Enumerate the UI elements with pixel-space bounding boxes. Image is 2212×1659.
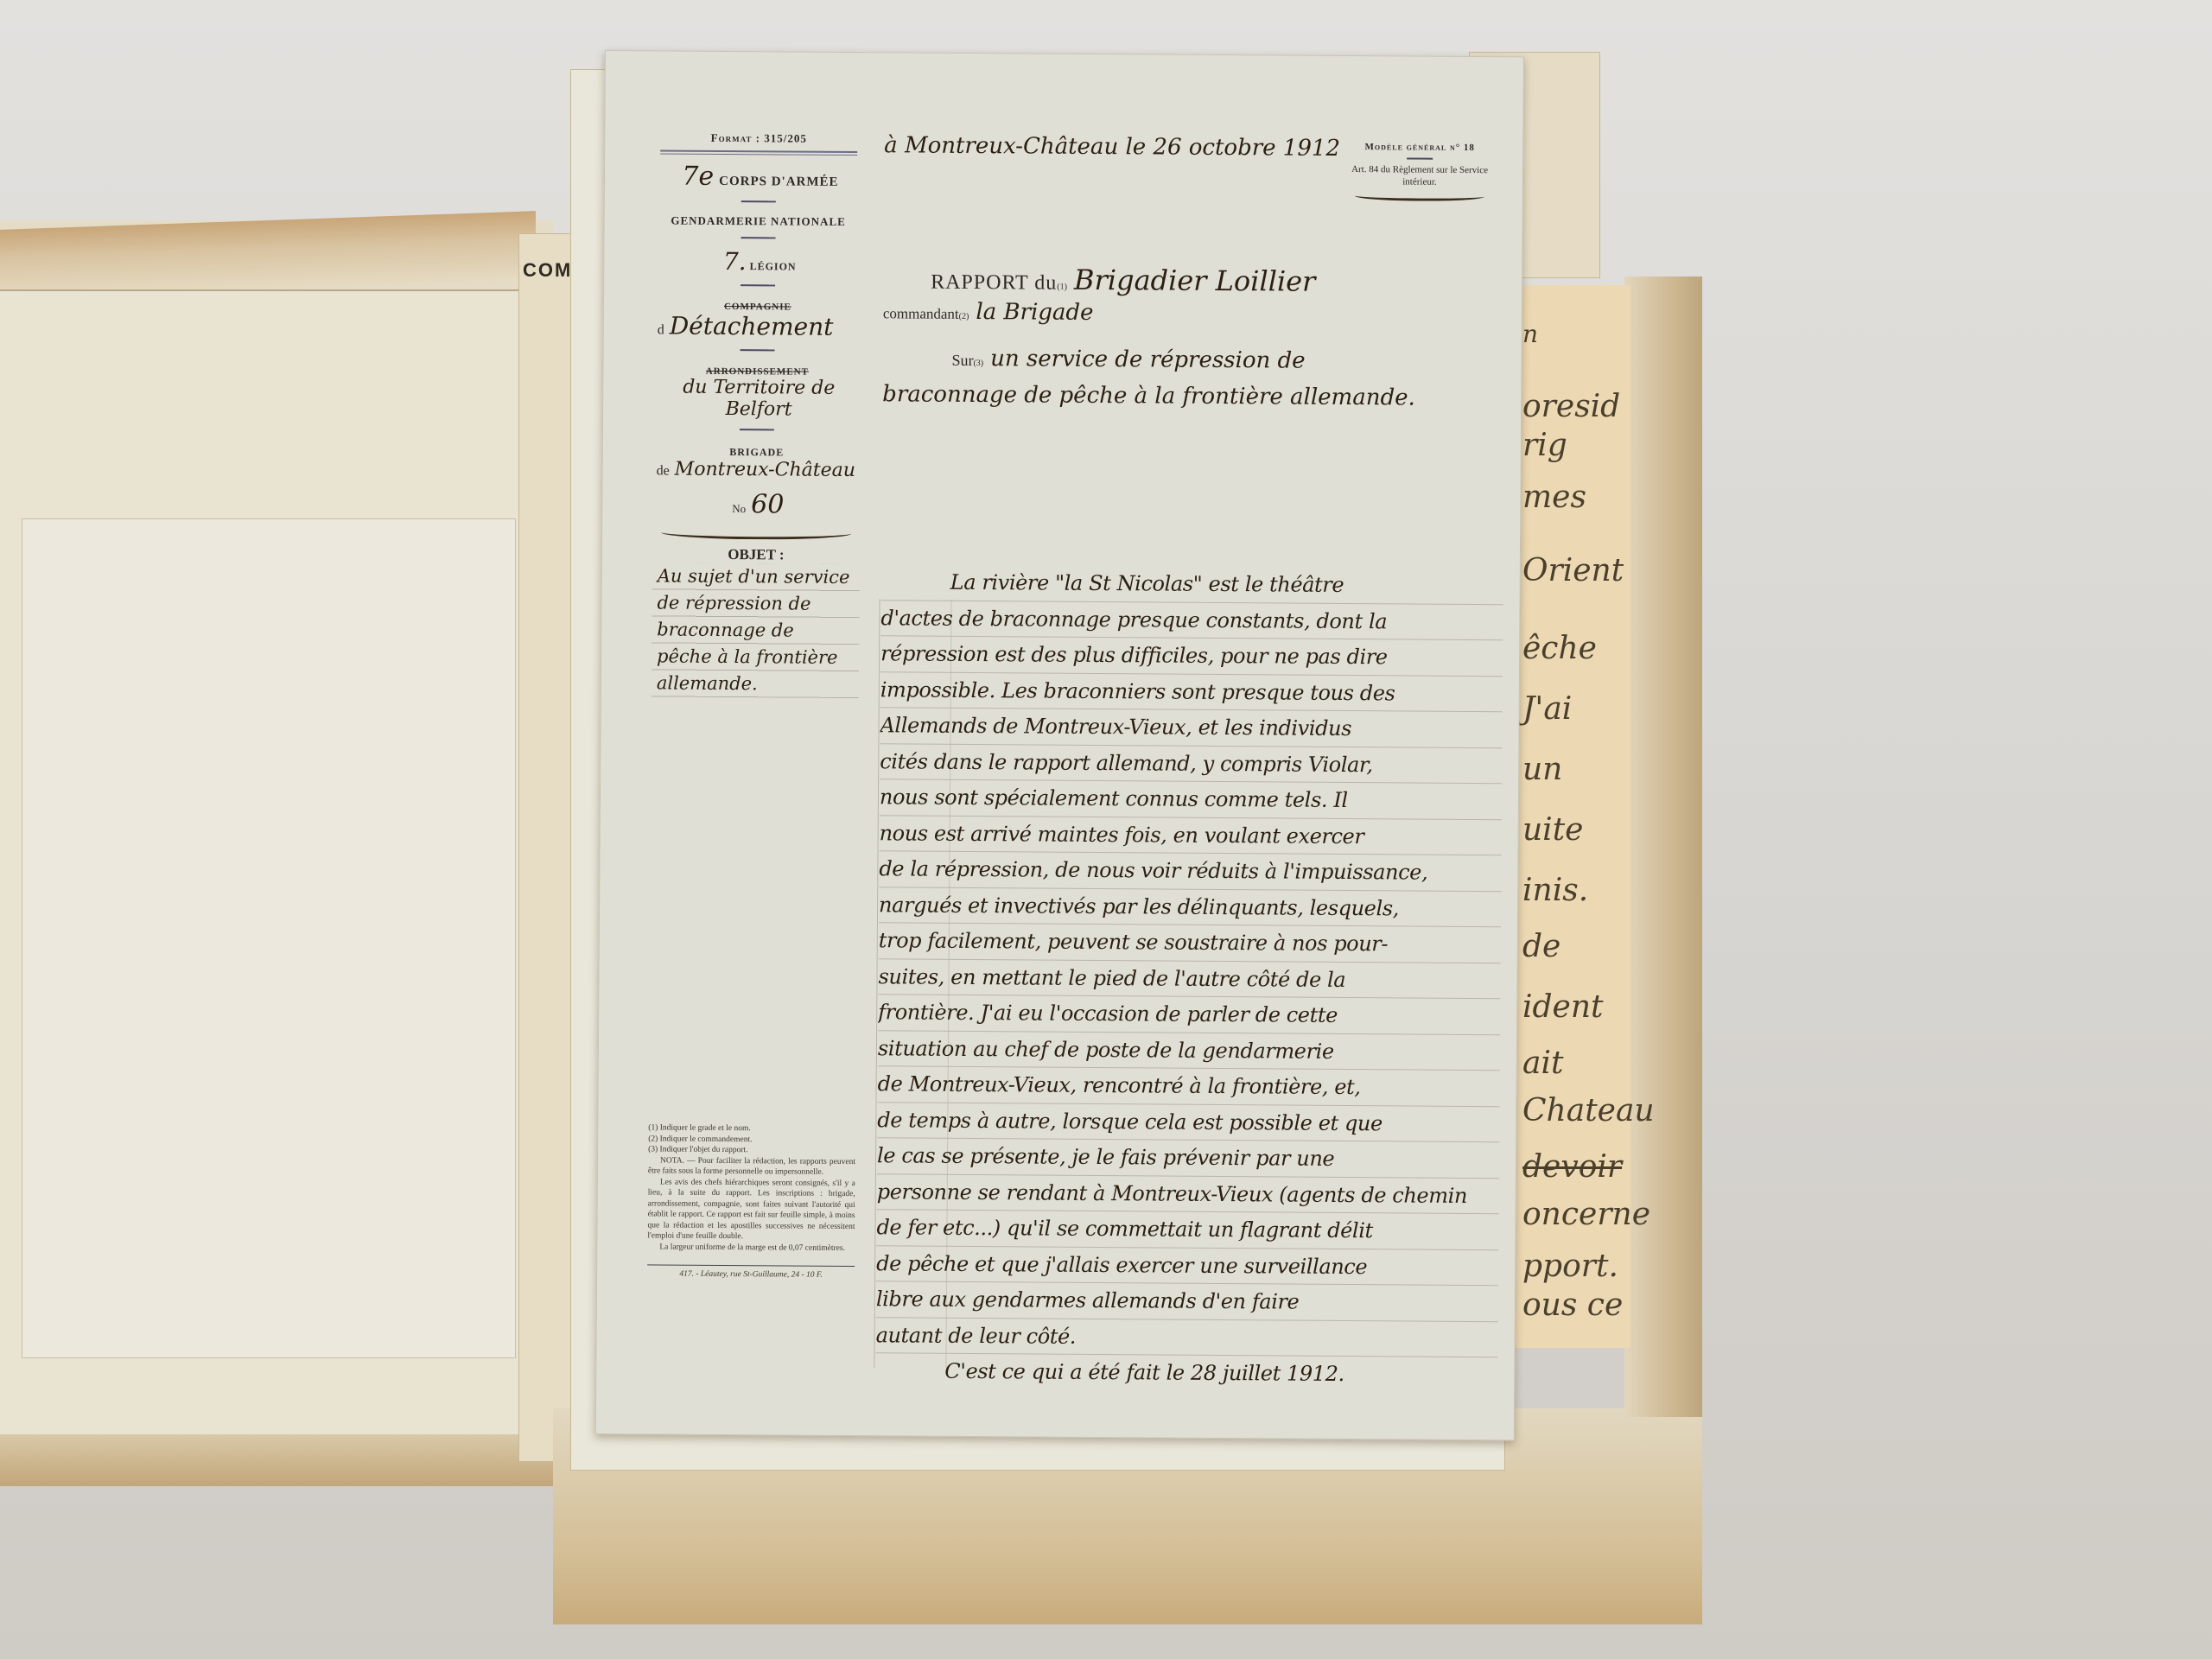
flourish-divider — [661, 525, 851, 540]
divider — [741, 237, 775, 238]
number-line: No 60 — [652, 488, 860, 520]
left-folder-bottom — [0, 1434, 553, 1486]
model-reference: Modèle général n° 18 Art. 84 du Règlemen… — [1333, 141, 1507, 205]
compagnie-prefix: d — [658, 322, 664, 338]
avis-text: Les avis des chefs hiérarchiques seront … — [647, 1177, 855, 1243]
body-line: autant de leur côté. — [875, 1318, 1497, 1358]
double-rule — [660, 149, 857, 156]
body-line: frontière. J'ai eu l'occasion de parler … — [878, 995, 1500, 1035]
nota-text: NOTA. — Pour faciliter la rédaction, les… — [648, 1155, 855, 1179]
footnote-ref: (3) — [973, 359, 983, 368]
report-heading: RAPPORT du (1) Brigadier Loillier comman… — [882, 262, 1505, 422]
report-body-area: à Montreux-Château le 26 octobre 1912 Mo… — [884, 132, 1506, 162]
form-margin: Format : 315/205 7e CORPS D'ARMÉE GENDAR… — [652, 130, 863, 698]
form-instructions: (1) Indiquer le grade et le nom. (2) Ind… — [647, 1122, 855, 1281]
letter-fragment: pport. — [1522, 1249, 1618, 1284]
footnote-ref: (1) — [1057, 283, 1067, 292]
legion-number: 7. — [723, 247, 747, 276]
arrondissement-line: du Territoire de Belfort — [653, 376, 861, 421]
body-line: de fer etc...) qu'il se commettait un fl… — [876, 1210, 1498, 1250]
subject-text: braconnage de pêche à la frontière allem… — [882, 381, 1415, 410]
legion-label: LÉGION — [750, 260, 797, 273]
divider — [741, 349, 775, 351]
brigade-value: Montreux-Château — [675, 459, 855, 481]
footnote-ref: (2) — [959, 312, 969, 321]
body-line: Allemands de Montreux-Vieux, et les indi… — [880, 708, 1502, 748]
body-line: nous est arrivé maintes fois, en voulant… — [880, 816, 1502, 856]
letter-fragment: Chateau — [1522, 1093, 1655, 1128]
letter-fragment: mes — [1522, 480, 1586, 515]
body-line: le cas se présente, je le fais prévenir … — [877, 1138, 1499, 1179]
letter-fragment: oncerne — [1522, 1197, 1650, 1232]
footnote: (3) Indiquer l'objet du rapport. — [648, 1144, 855, 1156]
divider — [1407, 157, 1433, 159]
sur-label: Sur — [951, 352, 973, 370]
body-line: suites, en mettant le pied de l'autre cô… — [878, 959, 1500, 1000]
body-line: de pêche et que j'allais exercer une sur… — [876, 1246, 1498, 1287]
divider — [741, 200, 776, 202]
closing-line: C'est ce qui a été fait le 28 juillet 19… — [875, 1353, 1497, 1393]
rapport-label: RAPPORT du — [931, 271, 1057, 296]
body-line: situation au chef de poste de la gendarm… — [878, 1031, 1500, 1071]
subject-line-2: braconnage de pêche à la frontière allem… — [882, 381, 1504, 422]
letter-fragment: J'ai — [1522, 691, 1572, 727]
body-line: impossible. Les braconniers sont presque… — [880, 672, 1503, 713]
compagnie-value: Détachement — [670, 312, 834, 341]
report-form-sheet: Format : 315/205 7e CORPS D'ARMÉE GENDAR… — [595, 50, 1524, 1440]
format-label: Format : 315/205 — [655, 130, 862, 146]
legion-line: 7. LÉGION — [654, 246, 861, 276]
divider — [741, 284, 775, 286]
printer-imprint: 417. - Léautey, rue St-Guillaume, 24 - 1… — [647, 1264, 855, 1281]
body-line: La rivière "la St Nicolas" est le théâtr… — [881, 564, 1503, 605]
letter-fragment: ait — [1522, 1046, 1563, 1081]
brigade-line: de Montreux-Château — [653, 458, 861, 481]
report-body-text: La rivière "la St Nicolas" est le théâtr… — [875, 564, 1503, 1393]
body-line: libre aux gendarmes allemands d'en faire — [876, 1281, 1498, 1322]
body-line: d'actes de braconnage presque constants,… — [880, 601, 1503, 641]
body-line: trop facilement, peuvent se soustraire à… — [879, 923, 1501, 963]
rapport-line: RAPPORT du (1) Brigadier Loillier — [883, 262, 1505, 302]
number-value: 60 — [751, 489, 784, 519]
letter-fragment: n — [1522, 320, 1538, 348]
divider — [740, 429, 774, 430]
body-line: de la répression, de nous voir réduits à… — [879, 851, 1501, 892]
body-line: de temps à autre, lorsque cela est possi… — [877, 1103, 1499, 1143]
letter-fragment: ous ce — [1522, 1287, 1623, 1323]
body-line: personne se rendant à Montreux-Vieux (ag… — [877, 1174, 1499, 1215]
left-inner-panel — [22, 518, 516, 1358]
body-line: répression est des plus difficiles, pour… — [880, 636, 1503, 677]
letter-fragment: êche — [1522, 631, 1597, 666]
letter-fragment: Orient — [1522, 553, 1624, 588]
number-label: No — [732, 502, 746, 516]
letter-fragment: ident — [1522, 989, 1604, 1025]
corps-label: CORPS D'ARMÉE — [719, 175, 839, 190]
letter-fragment: oresid — [1522, 389, 1620, 424]
commandant-label: commandant — [883, 305, 959, 323]
flourish-divider — [1355, 191, 1484, 201]
body-line: nargués et invectivés par les délinquant… — [879, 887, 1501, 928]
subject-text: un service de répression de — [990, 346, 1306, 374]
body-line: cités dans le rapport allemand, y compri… — [880, 744, 1502, 785]
body-line: de Montreux-Vieux, rencontré à la fronti… — [878, 1066, 1500, 1107]
torn-right-edges — [1624, 276, 1702, 1417]
letter-fragment: rig — [1522, 428, 1567, 463]
letter-fragment: de — [1522, 929, 1560, 964]
letter-fragment: uite — [1522, 812, 1583, 848]
letter-fragment: un — [1522, 752, 1562, 787]
marge-text: La largeur uniforme de la marge est de 0… — [647, 1242, 855, 1254]
compagnie-line: d Détachement — [654, 311, 861, 341]
letter-fragment: devoir — [1522, 1149, 1622, 1185]
gendarmerie-label: GENDARMERIE NATIONALE — [655, 213, 862, 229]
commandant-value: la Brigade — [976, 299, 1093, 326]
brigade-prefix: de — [657, 463, 670, 479]
letter-fragment: inis. — [1522, 873, 1588, 908]
brigade-label: BRIGADE — [653, 445, 861, 460]
arrondissement-value: du Territoire de Belfort — [657, 376, 861, 421]
footnote: (1) Indiquer le grade et le nom. — [648, 1122, 855, 1135]
objet-label: OBJET : — [652, 545, 860, 564]
corps-line: 7e CORPS D'ARMÉE — [655, 161, 862, 193]
model-number: Modèle général n° 18 — [1333, 141, 1506, 154]
regulation-article: Art. 84 du Règlement sur le Service inté… — [1333, 163, 1506, 188]
objet-text: Au sujet d'un service de répression de b… — [652, 563, 860, 698]
commandant-line: commandant (2) la Brigade — [883, 298, 1505, 339]
subject-line: Sur (3) un service de répression de — [882, 345, 1504, 385]
report-author: Brigadier Loillier — [1074, 264, 1316, 298]
corps-number: 7e — [682, 162, 714, 192]
underlying-letter: n oresid rig mes Orient êche J'ai un uit… — [1503, 285, 1630, 1348]
body-line: nous sont spécialement connus comme tels… — [880, 779, 1502, 820]
